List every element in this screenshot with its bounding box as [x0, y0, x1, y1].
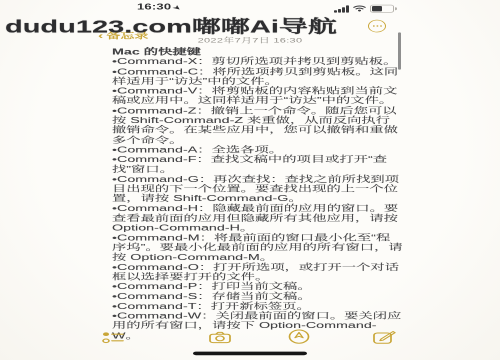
watermark-text: dudu123.com嘟嘟Ai导航 [5, 13, 337, 38]
signal-icon [346, 5, 349, 12]
checklist-icon[interactable] [102, 331, 124, 345]
status-time: 16:30➤ [137, 2, 181, 11]
location-arrow-icon: ➤ [170, 4, 183, 12]
note-line: •Command-P：打印当前文稿。 [112, 282, 404, 292]
signal-icon [338, 9, 341, 13]
note-body[interactable]: Mac 的快捷键 •Command-X：剪切所选项并拷贝到剪贴板。 •Comma… [112, 47, 404, 340]
compose-icon[interactable] [373, 330, 397, 344]
markup-pen-icon[interactable] [288, 329, 310, 345]
wifi-icon [353, 4, 366, 15]
note-line: •Command-A：全选各项。 [112, 145, 404, 155]
note-line: •Command-C：将所选项拷贝到剪贴板。这同样适用于“访达”中的文件。 [112, 67, 404, 87]
more-options-button[interactable]: ⋯ [368, 20, 386, 33]
signal-icon [342, 7, 345, 12]
scrollbar[interactable] [398, 32, 401, 69]
note-line: •Command-H：隐藏最前面的应用的窗口。要查看最前面的应用但隐藏所有其他应… [112, 204, 404, 233]
note-line: •Command-Z：撤销上一个命令。随后您可以按 Shift-Command-… [112, 106, 404, 145]
status-icons [334, 4, 396, 14]
note-line: •Command-V：将剪贴板的内容粘贴到当前文稿或应用中。这同样适用于“访达”… [112, 87, 404, 107]
home-indicator[interactable] [193, 352, 307, 356]
note-line: •Command-S：存储当前文稿。 [112, 292, 404, 302]
note-line: •Command-F：查找文稿中的项目或打开“查找”窗口。 [112, 155, 404, 175]
battery-icon [370, 5, 394, 13]
ellipsis-icon: ⋯ [372, 22, 382, 30]
note-line: •Command-W：关闭最前面的窗口。要关闭应用的所有窗口，请按下 Optio… [112, 311, 404, 340]
phone-photo: 16:30➤ ‹备忘录 dudu123.com嘟嘟Ai导航 ⋯ 2022年7月7… [0, 0, 500, 360]
note-line: •Command-X：剪切所选项并拷贝到剪贴板。 [112, 57, 404, 67]
note-line: •Command-M：将最前面的窗口最小化至“程序坞”。要最小化最前面的应用的所… [112, 233, 404, 262]
note-line: •Command-T：打开新标签页。 [112, 302, 404, 312]
camera-icon[interactable] [209, 330, 231, 344]
note-line: •Command-O：打开所选项，或打开一个对话框以选择要打开的文件。 [112, 263, 404, 283]
note-title: Mac 的快捷键 [112, 47, 404, 57]
note-line: •Command-G：再次查找：查找之前所找到项目出现的下一个位置。要查找出现的… [112, 175, 404, 204]
